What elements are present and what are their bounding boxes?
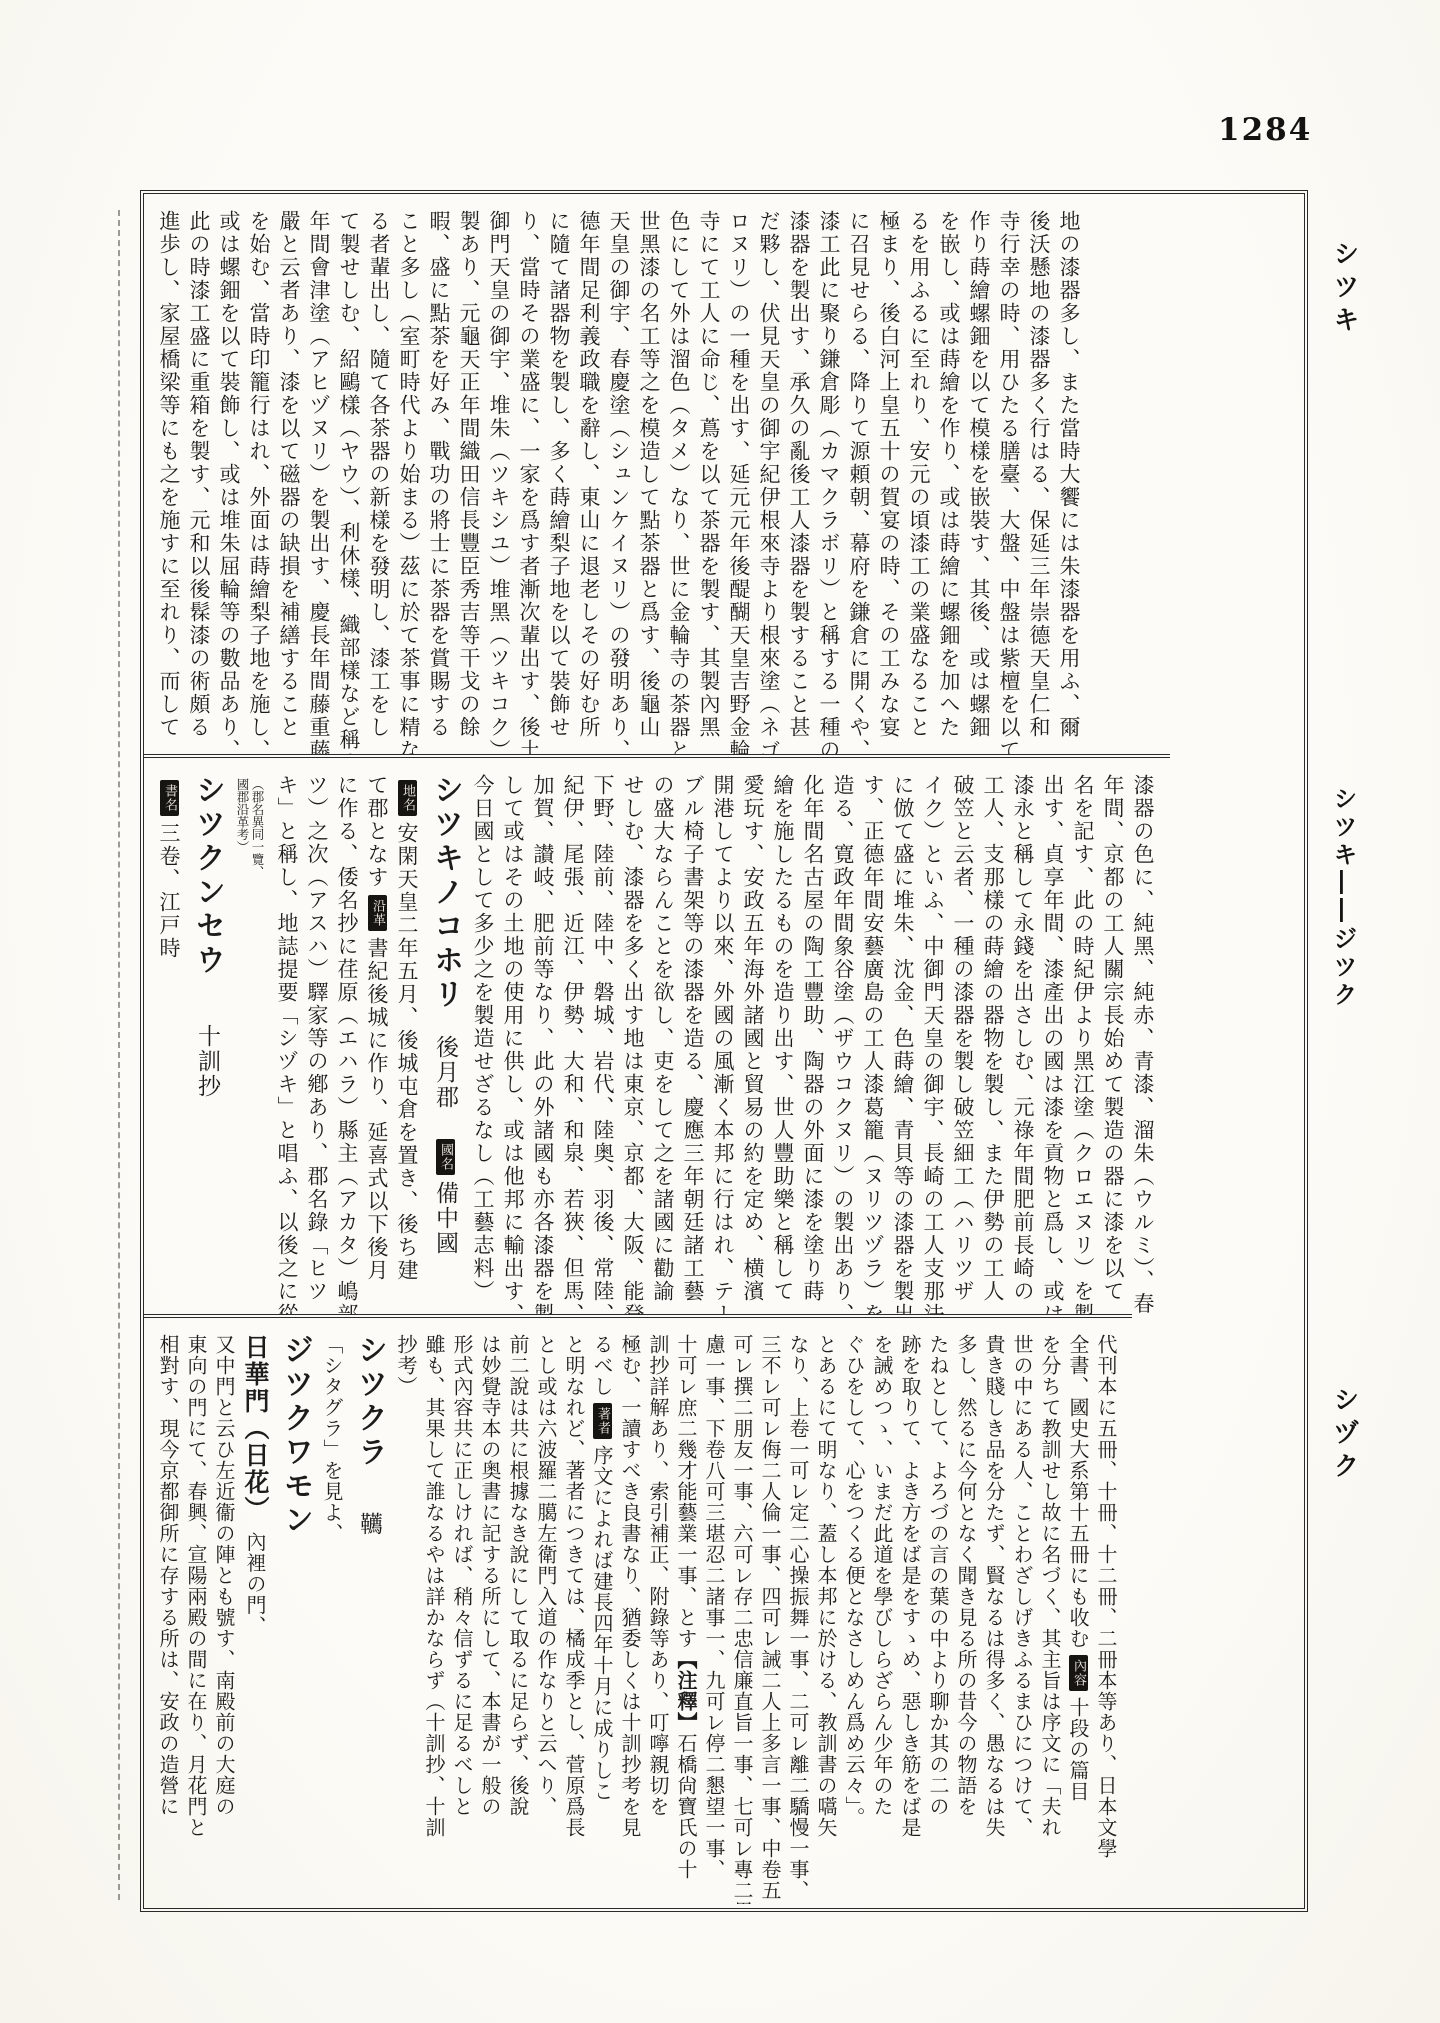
text-segment [433,1012,457,1035]
text-segment: 後月郡 [432,1035,458,1110]
text-segment: 三卷、江戸時 [157,822,181,960]
text-column: の盛大ならんことを欲し、吏をして之を諸國に勸諭 [648,774,678,1306]
text-column: 相對す、現今京都御所に存する所は、安政の造營に [154,1334,182,1896]
text-segment: こと多し（室町時代より始まる）茲に於て茶事に精な [397,210,421,754]
text-segment: を始む、當時印籠行はれ、外面は蒔繪梨子地を施し、 [247,210,271,754]
text-segment: ロヌリ）の一種を出す、延元元年後醍醐天皇吉野金輪 [727,210,751,754]
text-segment: り、當時その業盛に、一家を爲す者漸次輩出す、後土 [517,210,541,754]
text-column: る者輩出し、隨て各茶器の新樣を發明し、漆工をし [364,210,394,746]
text-segment: 御門天皇の御宇、堆朱（ツキシユ）堆黑（ツキコク）の [487,210,511,754]
text-column: 暇、盛に點茶を好み、戰功の將士に茶器を賞賜する [424,210,454,746]
text-column: 破笠と云者、一種の漆器を製し破笠細工（ハリツザ [948,774,978,1306]
entry-subheading: 日華門（日花） 內裡の門、 [238,1334,272,1896]
text-segment: 十可レ庶二幾才能藝業一事、とす [674,1334,698,1649]
text-column: に隨て諸器物を製し、多く蒔繪梨子地を以て裝飾せ [544,210,574,746]
text-segment: 序文によれば建長四年十月に成りしこ [590,1445,614,1802]
text-column: 下野、陸前、陸中、磐城、岩代、陸奥、羽後、常陸、駿河、 [588,774,618,1306]
text-column: を始む、當時印籠行はれ、外面は蒔繪梨子地を施し、 [244,210,274,746]
scan-artifact-line [118,210,120,1900]
text-segment: 「シタグラ」を見よ、 [320,1334,344,1544]
text-column: 形式內容共に正しければ、稍々信ずるに足るべしと [448,1334,476,1896]
category-tag: 沿革 [368,895,387,931]
text-column: 雖も、其果して誰なるやは詳かならず（十訓抄、十訓 [420,1334,448,1896]
category-tag: 地名 [398,780,417,816]
text-segment: 愛玩す、安政五年海外諸國と貿易の約を定め、横濱 [741,774,765,1303]
text-column: 「シタグラ」を見よ、 [318,1334,346,1896]
text-column: 全書、國史大系第十五冊にも收む內容十段の篇目 [1064,1334,1092,1896]
text-segment: 又中門と云ひ左近衞の陣とも號す、南殿前の大庭の [212,1334,236,1817]
text-segment: 德年間足利義政職を辭し、東山に退老しその好む所 [577,210,601,739]
text-segment: 地の漆器多し、また當時大饗には朱漆器を用ふ、爾 [1057,210,1081,739]
text-column: 化年間名古屋の陶工豐助、陶器の外面に漆を塗り蒔 [798,774,828,1306]
entry-heading: シツキノコホリ 後月郡 國名備中國 [422,774,468,1306]
text-segment [433,1110,457,1133]
margin-guideword-middle: シツキ――ジツク [1326,786,1361,1010]
text-column: とあるにて明なり、蓋し本邦に於ける、教訓書の嚆矢 [812,1334,840,1896]
text-column: を嵌し、或は蒔繪を作り、或は蒔繪に螺鈿を加へた [934,210,964,746]
text-segment: 破笠と云者、一種の漆器を製し破笠細工（ハリツザ [951,774,975,1303]
text-column: して或はその土地の使用に供し、或は他邦に輸出す、 [498,774,528,1306]
margin-guideword-bottom: シヅク [1326,1386,1363,1485]
text-column: 紀伊、尾張、近江、伊勢、大和、和泉、若狹、但馬、越中、 [558,774,588,1306]
category-tag: 書名 [160,780,179,816]
entry-heading: シツクンセウ 十訓抄 [184,774,230,1306]
text-segment: なり、上卷一可レ定二心操振舞一事、二可レ離二驕慢一事、 [786,1334,810,1901]
text-segment: （郡名異同一覽、 [250,778,265,878]
text-segment: 日華門（日花） [241,1334,270,1511]
text-band-middle: 漆器の色に、純黑、純赤、青漆、溜朱（ウルミ）、春慶等あり、寛永年間、京都の工人關… [144,754,1170,1314]
text-column: を分ちて教訓せし故に名づく、其主旨は序文に「夫れ [1036,1334,1064,1896]
text-column: 嚴と云者あり、漆を以て磁器の缺損を補繕すること [274,210,304,746]
text-column: 書名三卷、江戸時 [154,774,184,1306]
text-column: 漆器を製出す、承久の亂後工人漆器を製すること甚 [784,210,814,746]
text-segment: 化年間名古屋の陶工豐助、陶器の外面に漆を塗り蒔 [801,774,825,1303]
text-column: 年間、京都の工人關宗長始めて製造の器に漆を以て [1098,774,1128,1306]
text-segment: キ」と稱し、地誌提要「シヅキ」と唱ふ、以後之に從ふ [275,774,299,1314]
text-segment: を誡めつゝ、いまだ此道を學びしらざらん少年のた [870,1334,894,1817]
text-column: 色にして外は溜色（タメ）なり、世に金輪寺の茶器と稱す、後 [664,210,694,746]
text-segment: 年間會津塗（アヒヅヌリ）を製出す、慶長年間藤重藤 [307,210,331,754]
text-column: て郡となす沿革書紀後城に作り、延喜式以下後月 [362,774,392,1306]
text-segment: 內裡の門、 [243,1511,267,1637]
text-column: 製あり、元龜天正年間織田信長豐臣秀吉等干戈の餘 [454,210,484,746]
text-segment: 加賀、讃岐、肥前等なり、此の外諸國も亦各漆器を製 [531,774,555,1314]
text-segment: とし或は六波羅二臈左衛門入道の作なりと云へり、 [534,1334,558,1817]
text-column: 地名安閑天皇二年五月、後城屯倉を置き、後ち建 [392,774,422,1306]
text-column: とし或は六波羅二臈左衛門入道の作なりと云へり、 [532,1334,560,1896]
text-column: るべし著者序文によれば建長四年十月に成りしこ [588,1334,616,1896]
text-segment: 寺行幸の時、用ひたる膳臺、大盤、中盤は紫檀を以て [997,210,1021,754]
text-segment: 訓抄詳解あり、索引補正、附錄等あり、叮嚀親切を [646,1334,670,1817]
text-column: 作り蒔繪螺鈿を以て模樣を嵌裝す、其後、或は螺鈿 [964,210,994,746]
text-segment: 十訓抄 [194,1024,220,1099]
text-column: せしむ、漆器を多く出す地は東京、京都、大阪、能登、 [618,774,648,1306]
text-segment: だ夥し、伏見天皇の御宇紀伊根來寺より根來塗（ネゴ [757,210,781,754]
text-segment: 書紀後城に作り、延喜式以下後月 [365,937,389,1282]
text-segment: 作り蒔繪螺鈿を以て模樣を嵌裝す、其後、或は螺鈿 [967,210,991,739]
scanned-page: 1284 シツキ シツキ――ジツク シヅク 地の漆器多し、また當時大饗には朱漆器… [0,0,1440,2023]
text-column: 極まり、後白河上皇五十の賀宴の時、その工みな宴 [874,210,904,746]
text-column: るを用ふるに至れり、安元の頃漆工の業盛なること [904,210,934,746]
entry-heading: シツクラ 韉 [346,1334,392,1896]
text-column: 前二說は共に根據なき說にして取るに足らず、後說 [504,1334,532,1896]
text-column: 或は螺鈿を以て裝飾し、或は堆朱屈輪等の數品あり、 [214,210,244,746]
text-segment: 下野、陸前、陸中、磐城、岩代、陸奥、羽後、常陸、駿河、 [591,774,615,1314]
text-segment: 嚴と云者あり、漆を以て磁器の缺損を補繕すること [277,210,301,739]
text-column: 造る、寛政年間象谷塗（ザウコクヌリ）の製出あり、文 [828,774,858,1306]
text-segment: シツクンセウ [190,774,225,978]
text-column: は妙覺寺本の奥書に記する所にして、本書が一般の [476,1334,504,1896]
text-segment [195,978,219,1024]
text-column: ツ）之次（アスハ）驛家等の鄕あり、郡名錄「ヒツ [302,774,332,1306]
text-segment: 石橋尙寶氏の十 [674,1733,698,1880]
text-segment: シツキノコホリ [428,774,463,1012]
text-segment: 東向の門にて、春興、宣陽兩殿の間に在り、月花門と [184,1334,208,1838]
text-segment: 前二說は共に根據なき說にして取るに足らず、後說 [506,1334,530,1817]
text-segment: イク）といふ、中御門天皇の御宇、長崎の工人支那法 [921,774,945,1314]
text-segment: せしむ、漆器を多く出す地は東京、京都、大阪、能登、 [621,774,645,1314]
text-segment: 【注釋】 [674,1649,698,1733]
text-segment: 年間、京都の工人關宗長始めて製造の器に漆を以て [1101,774,1125,1303]
text-segment: 紀伊、尾張、近江、伊勢、大和、和泉、若狹、但馬、越中、 [561,774,585,1314]
text-segment: 色にして外は溜色（タメ）なり、世に金輪寺の茶器と稱す、後 [667,210,691,754]
text-column: 寺にて工人に命じ、蔦を以て茶器を製す、其製內黑 [694,210,724,746]
text-segment: 漆工此に聚り鎌倉彫（カマクラボリ）と稱する一種の [817,210,841,754]
text-segment: 貴き賤しき品を分たず、賢なるは得多く、愚なるは失 [982,1334,1006,1838]
text-segment: と明なれど、著者につきては、橘成季とし、菅原爲長 [562,1334,586,1838]
text-column: 德年間足利義政職を辭し、東山に退老しその好む所 [574,210,604,746]
text-column: に倣て盛に堆朱、沈金、色蒔繪、青貝等の漆器を製出 [888,774,918,1306]
category-tag: 著者 [593,1403,612,1439]
text-segment [357,1470,381,1512]
text-segment: に隨て諸器物を製し、多く蒔繪梨子地を以て裝飾せ [547,210,571,739]
warichu-note: （郡名異同一覽、國郡沿革考） [235,774,265,1306]
text-segment: を嵌し、或は蒔繪を作り、或は蒔繪に螺鈿を加へた [937,210,961,739]
text-segment: 今日國として多少之を製造せざるなし（工藝志料） [471,774,495,1303]
text-segment: 繪を施したるものを造り出す、世人豐助樂と稱して [771,774,795,1303]
text-segment: ジツクワモン [278,1334,313,1538]
text-column: 慮一事、下卷八可三堪忍二諸事一、九可レ停二懇望一事、 [700,1334,728,1896]
text-segment: して或はその土地の使用に供し、或は他邦に輸出す、 [501,774,525,1314]
text-column: たねとして、よろづの言の葉の中より聊か其の二の [924,1334,952,1896]
entry-heading: ジツクワモン [272,1334,318,1896]
text-column: 工人、支那樣の蒔繪の器物を製し、また伊勢の工人 [978,774,1008,1306]
text-column: 貴き賤しき品を分たず、賢なるは得多く、愚なるは失 [980,1334,1008,1896]
text-column: 加賀、讃岐、肥前等なり、此の外諸國も亦各漆器を製 [528,774,558,1306]
text-segment: 三不レ可レ侮二人倫一事、四可レ誡二人上多言一事、中卷五 [758,1334,782,1901]
text-column: す、正德年間安藝廣島の工人漆葛籠（ヌリツヅラ）を [858,774,888,1306]
text-column: 名を記す、此の時紀伊より黑江塗（クロエヌリ）を製 [1068,774,1098,1306]
text-column: 御門天皇の御宇、堆朱（ツキシユ）堆黑（ツキコク）の [484,210,514,746]
text-segment: て製せしむ、紹鷗樣（ヤウ）、利休樣、織部樣など稱す、天正 [337,210,361,754]
text-segment: 慮一事、下卷八可三堪忍二諸事一、九可レ停二懇望一事、 [702,1334,726,1880]
text-column: 進歩し、家屋橋梁等にも之を施すに至れり、而して [154,210,184,746]
text-column: 愛玩す、安政五年海外諸國と貿易の約を定め、横濱 [738,774,768,1306]
text-segment: 漆器を製出す、承久の亂後工人漆器を製すること甚 [787,210,811,739]
text-column: 寺行幸の時、用ひたる膳臺、大盤、中盤は紫檀を以て [994,210,1024,746]
text-column: ぐひをして、心をつくる便となさしめん爲め云々」。 [840,1334,868,1896]
text-segment: の盛大ならんことを欲し、吏をして之を諸國に勸諭 [651,774,675,1303]
text-column: を誡めつゝ、いまだ此道を學びしらざらん少年のた [868,1334,896,1896]
text-column: なり、上卷一可レ定二心操振舞一事、二可レ離二驕慢一事、 [784,1334,812,1896]
text-segment: シツクラ [352,1334,387,1470]
text-column: 今日國として多少之を製造せざるなし（工藝志料） [468,774,498,1306]
text-column: 此の時漆工盛に重箱を製す、元和以後髹漆の術頗る [184,210,214,746]
text-segment: 極まり、後白河上皇五十の賀宴の時、その工みな宴 [877,210,901,739]
text-segment: ツ）之次（アスハ）驛家等の鄕あり、郡名錄「ヒツ [305,774,329,1303]
text-segment: に作る、倭名抄に荏原（エハラ）縣主（アカタ）嶋部（イ [335,774,359,1314]
text-column: こと多し（室町時代より始まる）茲に於て茶事に精な [394,210,424,746]
text-segment: 出す、貞享年間、漆產出の國は漆を貢物と爲し、或は [1041,774,1065,1314]
text-segment: 極む、一讀すべき良書なり、猶委しくは十訓抄考を見 [618,1334,642,1838]
text-column: 天皇の御宇、春慶塗（シュンケイヌリ）の發明あり、寳 [604,210,634,746]
text-column: 年間會津塗（アヒヅヌリ）を製出す、慶長年間藤重藤 [304,210,334,746]
text-segment: 漆器の色に、純黑、純赤、青漆、溜朱（ウルミ）、春慶等あり、寛永 [1131,774,1155,1314]
text-segment: ぐひをして、心をつくる便となさしめん爲め云々」。 [842,1334,866,1828]
text-segment: 備中國 [432,1181,458,1256]
text-segment: て郡となす [365,774,389,889]
text-column: ブル椅子書架等の漆器を造る、慶應三年朝廷諸工藝 [678,774,708,1306]
text-segment: 天皇の御宇、春慶塗（シュンケイヌリ）の發明あり、寳 [607,210,631,754]
text-segment: 雖も、其果して誰なるやは詳かならず（十訓抄、十訓 [422,1334,446,1838]
text-segment: とあるにて明なり、蓋し本邦に於ける、教訓書の嚆矢 [814,1334,838,1838]
text-segment: に召見せらる、降りて源頼朝、幕府を鎌倉に開くや、 [847,210,871,754]
text-segment: 國郡沿革考） [235,778,250,853]
text-column: に召見せらる、降りて源頼朝、幕府を鎌倉に開くや、 [844,210,874,746]
text-column: 出す、貞享年間、漆產出の國は漆を貢物と爲し、或は [1038,774,1068,1306]
text-segment: す、正德年間安藝廣島の工人漆葛籠（ヌリツヅラ）を [861,774,885,1314]
text-column: 東向の門にて、春興、宣陽兩殿の間に在り、月花門と [182,1334,210,1896]
text-segment: 造る、寛政年間象谷塗（ザウコクヌリ）の製出あり、文 [831,774,855,1314]
text-segment: 韉 [356,1512,382,1537]
text-column: に作る、倭名抄に荏原（エハラ）縣主（アカタ）嶋部（イ [332,774,362,1306]
text-column: 極む、一讀すべき良書なり、猶委しくは十訓抄考を見 [616,1334,644,1896]
text-column: だ夥し、伏見天皇の御宇紀伊根來寺より根來塗（ネゴ [754,210,784,746]
text-column: 漆器の色に、純黑、純赤、青漆、溜朱（ウルミ）、春慶等あり、寛永 [1128,774,1158,1306]
text-segment: 後沃懸地の漆器多く行はる、保延三年崇德天皇仁和 [1027,210,1051,739]
page-number: 1284 [1218,112,1312,148]
text-segment: る者輩出し、隨て各茶器の新樣を發明し、漆工をし [367,210,391,739]
text-segment: 形式內容共に正しければ、稍々信ずるに足るべしと [450,1334,474,1817]
text-segment: 多し、然るに今何となく聞き見る所の昔今の物語を [954,1334,978,1817]
text-segment: 安閑天皇二年五月、後城屯倉を置き、後ち建 [395,822,419,1282]
text-segment: 代刊本に五冊、十冊、十二冊、二冊本等あり、日本文學 [1094,1334,1118,1859]
text-segment: 或は螺鈿を以て裝飾し、或は堆朱屈輪等の數品あり、 [217,210,241,754]
text-segment: 名を記す、此の時紀伊より黑江塗（クロエヌリ）を製 [1071,774,1095,1314]
text-segment: 十段の篇目 [1066,1697,1090,1802]
text-segment: 開港してより以來、外國の風漸く本邦に行はれ、テー [711,774,735,1314]
text-column: り、當時その業盛に、一家を爲す者漸次輩出す、後土 [514,210,544,746]
text-segment: 此の時漆工盛に重箱を製す、元和以後髹漆の術頗る [187,210,211,739]
text-segment: 世黑漆の名工等之を模造して點茶器と爲す、後龜山 [637,210,661,739]
text-column: と明なれど、著者につきては、橘成季とし、菅原爲長 [560,1334,588,1896]
text-column: ロヌリ）の一種を出す、延元元年後醍醐天皇吉野金輪 [724,210,754,746]
text-segment: るを用ふるに至れり、安元の頃漆工の業盛なること [907,210,931,739]
text-column: 地の漆器多し、また當時大饗には朱漆器を用ふ、爾 [1054,210,1084,746]
text-segment: 工人、支那樣の蒔繪の器物を製し、また伊勢の工人 [981,774,1005,1303]
text-column: 開港してより以來、外國の風漸く本邦に行はれ、テー [708,774,738,1306]
text-segment: を分ちて教訓せし故に名づく、其主旨は序文に「夫れ [1038,1334,1062,1838]
text-segment: 世の中にある人、ことわざしげきふるまひにつけて、 [1010,1334,1034,1838]
category-tag: 國名 [436,1139,455,1175]
text-column: 繪を施したるものを造り出す、世人豐助樂と稱して [768,774,798,1306]
text-column: 三不レ可レ侮二人倫一事、四可レ誡二人上多言一事、中卷五 [756,1334,784,1896]
text-segment: ブル椅子書架等の漆器を造る、慶應三年朝廷諸工藝 [681,774,705,1303]
text-segment: 抄考） [394,1334,418,1397]
text-column: 後沃懸地の漆器多く行はる、保延三年崇德天皇仁和 [1024,210,1054,746]
text-band-bottom: 代刊本に五冊、十冊、十二冊、二冊本等あり、日本文學全書、國史大系第十五冊にも收む… [144,1314,1132,1904]
text-column: 訓抄詳解あり、索引補正、附錄等あり、叮嚀親切を [644,1334,672,1896]
content-frame: 地の漆器多し、また當時大饗には朱漆器を用ふ、爾後沃懸地の漆器多く行はる、保延三年… [140,190,1308,1912]
text-column: キ」と稱し、地誌提要「シヅキ」と唱ふ、以後之に從ふ [272,774,302,1306]
text-column: 世黑漆の名工等之を模造して點茶器と爲す、後龜山 [634,210,664,746]
margin-guideword-top: シツキ [1326,240,1363,339]
text-column: 又中門と云ひ左近衞の陣とも號す、南殿前の大庭の [210,1334,238,1896]
text-column: 十可レ庶二幾才能藝業一事、とす【注釋】石橋尙寶氏の十 [672,1334,700,1896]
text-segment: 跡を取りて、よき方をば是をすゝめ、惡しき筋をば是 [898,1334,922,1838]
text-column: 多し、然るに今何となく聞き見る所の昔今の物語を [952,1334,980,1896]
text-column: て製せしむ、紹鷗樣（ヤウ）、利休樣、織部樣など稱す、天正 [334,210,364,746]
text-column: 代刊本に五冊、十冊、十二冊、二冊本等あり、日本文學 [1092,1334,1120,1896]
text-segment: たねとして、よろづの言の葉の中より聊か其の二の [926,1334,950,1817]
text-segment: 全書、國史大系第十五冊にも收む [1066,1334,1090,1649]
text-band-top: 地の漆器多し、また當時大饗には朱漆器を用ふ、爾後沃懸地の漆器多く行はる、保延三年… [144,194,1096,754]
text-column: 世の中にある人、ことわざしげきふるまひにつけて、 [1008,1334,1036,1896]
text-segment: 製あり、元龜天正年間織田信長豐臣秀吉等干戈の餘 [457,210,481,739]
text-column: 漆工此に聚り鎌倉彫（カマクラボリ）と稱する一種の [814,210,844,746]
text-segment: 進歩し、家屋橋梁等にも之を施すに至れり、而して [157,210,181,739]
text-column: 可レ撰二朋友一事、六可レ存二忠信廉直旨一事、七可レ專二思 [728,1334,756,1896]
text-column: イク）といふ、中御門天皇の御宇、長崎の工人支那法 [918,774,948,1306]
text-segment: 相對す、現今京都御所に存する所は、安政の造營に [156,1334,180,1817]
text-column: 跡を取りて、よき方をば是をすゝめ、惡しき筋をば是 [896,1334,924,1896]
text-segment: 寺にて工人に命じ、蔦を以て茶器を製す、其製內黑 [697,210,721,739]
text-column: 抄考） [392,1334,420,1896]
text-segment: 可レ撰二朋友一事、六可レ存二忠信廉直旨一事、七可レ專二思 [730,1334,754,1904]
text-segment: 漆永と稱して永錢を出さしむ、元祿年間肥前長崎の [1011,774,1035,1303]
text-segment: に倣て盛に堆朱、沈金、色蒔繪、青貝等の漆器を製出 [891,774,915,1314]
text-segment: るべし [590,1334,614,1397]
text-segment: は妙覺寺本の奥書に記する所にして、本書が一般の [478,1334,502,1817]
category-tag: 內容 [1069,1655,1088,1691]
text-column: 漆永と稱して永錢を出さしむ、元祿年間肥前長崎の [1008,774,1038,1306]
text-segment: 暇、盛に點茶を好み、戰功の將士に茶器を賞賜する [427,210,451,739]
